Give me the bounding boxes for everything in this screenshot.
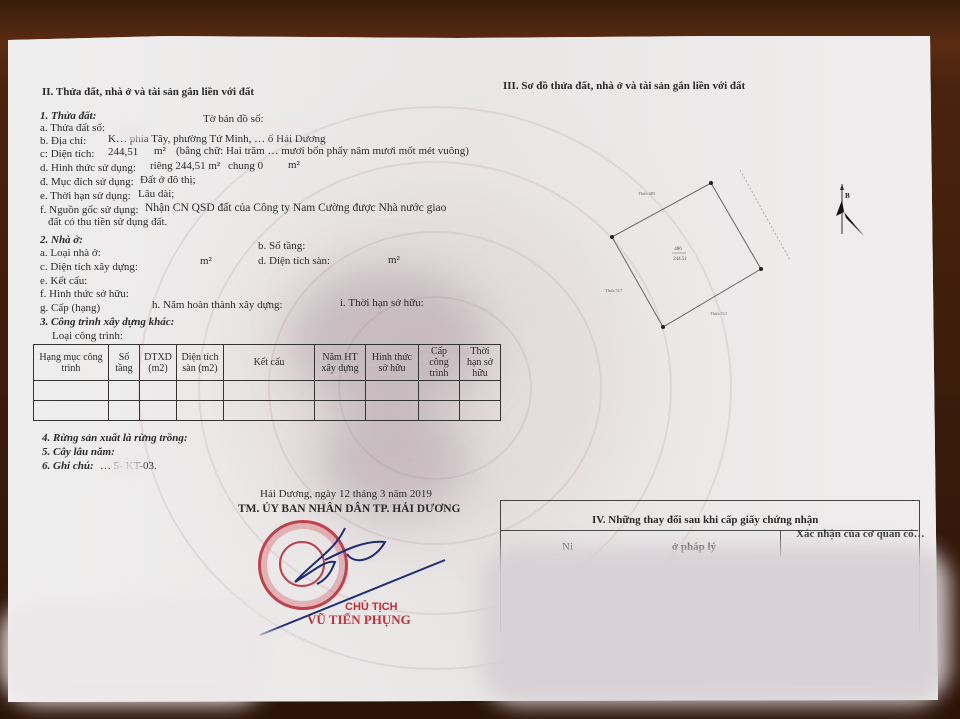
column-header: Diện tích sàn (m2) — [177, 345, 224, 381]
usage-shared: chung 0 — [228, 160, 263, 172]
svg-text:Thửa 485: Thửa 485 — [638, 191, 656, 196]
house-type-label: a. Loại nhà ở: — [40, 247, 101, 259]
column-header: Cấp công trình — [419, 345, 460, 381]
address-label: b. Địa chỉ: — [40, 135, 86, 147]
svg-text:B: B — [845, 192, 850, 200]
term-value: Lâu dài; — [138, 188, 174, 200]
issuing-authority: TM. ỦY BAN NHÂN DÂN TP. HẢI DƯƠNG — [238, 503, 460, 515]
house-heading: 2. Nhà ở: — [40, 234, 83, 246]
floors-label: b. Số tầng: — [258, 240, 305, 252]
svg-text:Thửa 517: Thửa 517 — [605, 288, 623, 293]
parcel-label: a. Thửa đất số: — [40, 122, 105, 134]
origin-label: f. Nguồn gốc sử dụng: — [40, 204, 139, 216]
other-works-heading: 3. Công trình xây dựng khác: — [40, 316, 174, 328]
column-header: Năm HT xây dựng — [315, 345, 366, 381]
table-cell — [224, 401, 315, 421]
table-cell — [419, 381, 460, 401]
area-words: (bằng chữ: Hai trăm … mươi bốn phẩy năm … — [176, 145, 469, 157]
privacy-blur — [0, 600, 270, 705]
build-area-unit: m² — [200, 255, 212, 267]
privacy-blur — [112, 460, 142, 474]
grade-label: g. Cấp (hạng) — [40, 302, 100, 314]
svg-text:244.51: 244.51 — [673, 257, 687, 262]
privacy-blur — [270, 120, 310, 134]
year-label: h. Năm hoàn thành xây dựng: — [152, 299, 283, 311]
changes-title: IV. Những thay đổi sau khi cấp giấy chứn… — [592, 514, 818, 526]
table-cell — [315, 401, 366, 421]
usage-form-value: riêng 244,51 m² — [150, 160, 220, 172]
north-arrow-icon: B — [832, 182, 868, 240]
svg-text:Thửa 511: Thửa 511 — [710, 311, 727, 316]
changes-col-right: Xác nhận của cơ quan có… — [796, 528, 925, 540]
table-cell — [460, 381, 501, 401]
build-area-label: c. Diện tích xây dựng: — [40, 261, 138, 273]
usage-form-label: d. Hình thức sử dụng: — [40, 162, 136, 174]
column-header: Hình thức sở hữu — [366, 345, 419, 381]
table-cell — [34, 401, 109, 421]
map-sheet-label: Tờ bản đồ số: — [203, 113, 264, 125]
table-cell — [140, 381, 177, 401]
privacy-blur — [480, 545, 950, 705]
usage-shared-unit: m² — [288, 159, 300, 171]
table-cell — [140, 401, 177, 421]
svg-text:486: 486 — [674, 247, 682, 252]
place-date: Hải Dương, ngày 12 tháng 3 năm 2019 — [260, 488, 432, 500]
table-cell — [177, 401, 224, 421]
origin-value: Nhận CN QSD đất của Công ty Nam Cường đư… — [145, 202, 446, 214]
ownership-label: f. Hình thức sở hữu: — [40, 288, 129, 300]
area-label: c: Diện tích: — [40, 148, 94, 160]
table-cell — [224, 381, 315, 401]
table-row — [34, 401, 501, 421]
area-unit: m² — [154, 145, 166, 157]
origin-value-cont: đất có thu tiền sử dụng đất. — [48, 216, 167, 228]
floor-area-unit: m² — [388, 254, 400, 266]
perennial-heading: 5. Cây lâu năm: — [42, 446, 115, 458]
section-title-iii: III. Sơ đồ thửa đất, nhà ở và tài sản gắ… — [503, 80, 745, 92]
works-type-label: Loại công trình: — [52, 330, 123, 342]
note-label: 6. Ghi chú: — [42, 460, 94, 472]
table-cell — [315, 381, 366, 401]
table-cell — [109, 401, 140, 421]
column-header: Thời hạn sở hữu — [460, 345, 501, 381]
column-header: Số tầng — [109, 345, 140, 381]
purpose-label: đ. Mục đích sử dụng: — [40, 176, 134, 188]
section-title-ii: II. Thửa đất, nhà ở và tài sản gắn liền … — [42, 86, 254, 98]
table-cell — [419, 401, 460, 421]
table-cell — [366, 401, 419, 421]
other-works-table: Hạng mục công trìnhSố tầngDTXD (m2)Diện … — [33, 344, 501, 421]
table-cell — [109, 381, 140, 401]
purpose-value: Đất ở đô thị; — [140, 174, 196, 186]
table-cell — [460, 401, 501, 421]
structure-label: e. Kết cấu: — [40, 275, 87, 287]
parcel-diagram: 486 244.51 Thửa 485 Thửa 517 Thửa 511 — [590, 170, 800, 340]
forest-heading: 4. Rừng sản xuất là rừng trồng: — [42, 432, 188, 444]
privacy-blur — [118, 125, 148, 139]
table-cell — [366, 381, 419, 401]
term-label: e. Thời hạn sử dụng: — [40, 190, 131, 202]
floor-area-label: d. Diện tích sàn: — [258, 255, 330, 267]
area-value: 244,51 — [108, 146, 138, 158]
table-cell — [34, 381, 109, 401]
column-header: Hạng mục công trình — [34, 345, 109, 381]
table-row — [34, 381, 501, 401]
column-header: Kết cấu — [224, 345, 315, 381]
table-cell — [177, 381, 224, 401]
land-heading: 1. Thửa đất: — [40, 110, 96, 122]
column-header: DTXD (m2) — [140, 345, 177, 381]
owner-term-label: i. Thời hạn sở hữu: — [340, 297, 424, 309]
signer-name: VŨ TIẾN PHỤNG — [307, 614, 411, 626]
